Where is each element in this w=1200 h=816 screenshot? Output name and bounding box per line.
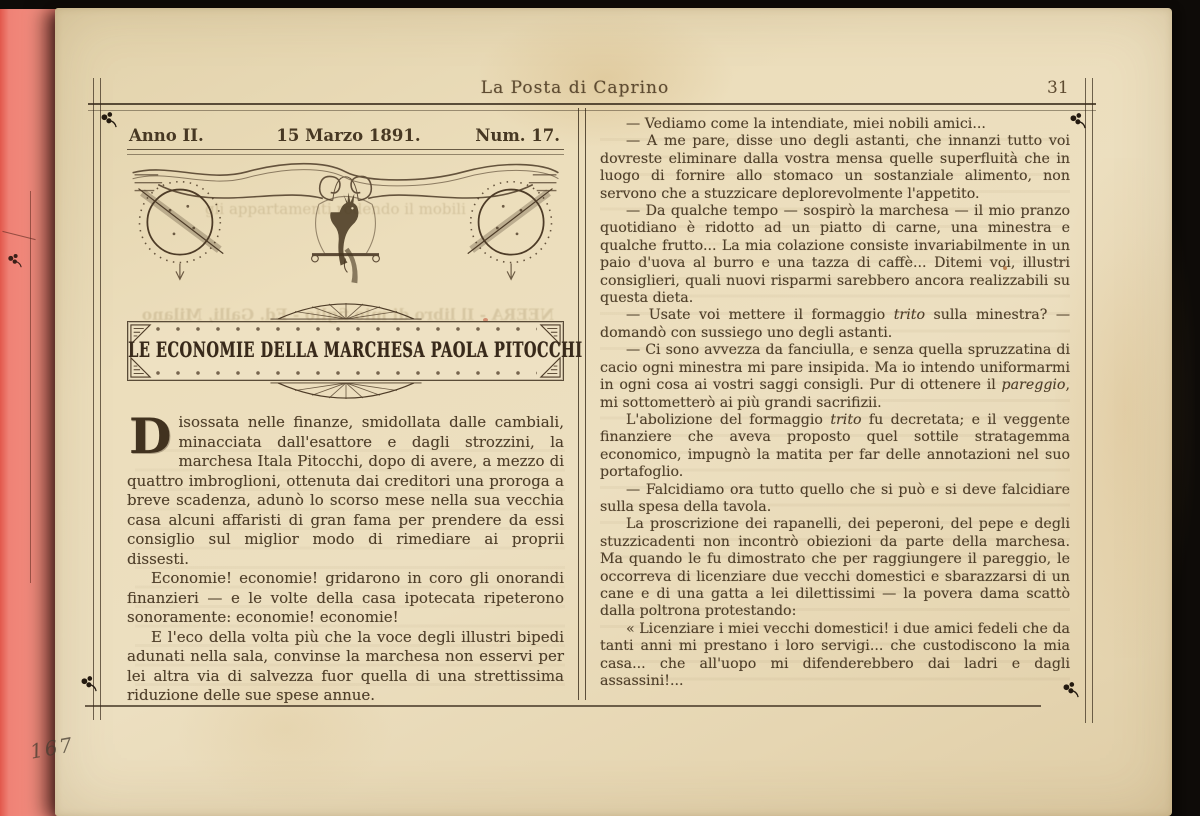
- paragraph: — Vediamo come la intendiate, miei nobil…: [600, 116, 1070, 133]
- article-title: LE ECONOMIE DELLA MARCHESA PAOLA PITOCCH…: [128, 338, 563, 363]
- running-head: La Posta di Caprino: [355, 78, 795, 98]
- left-column: Anno II. 15 Marzo 1891. Num. 17.: [127, 126, 564, 706]
- left-medallion: [135, 175, 224, 279]
- right-column: — Vediamo come la intendiate, miei nobil…: [600, 116, 1070, 690]
- masthead-ornament-engraving: [127, 159, 564, 297]
- paragraph: — Da qualche tempo — sospirò la marchesa…: [600, 203, 1070, 307]
- cover-frame-rule: [30, 191, 31, 583]
- fleuron-icon: [1068, 111, 1086, 129]
- dateline: Anno II. 15 Marzo 1891. Num. 17.: [127, 126, 564, 145]
- dateline-date: 15 Marzo 1891.: [276, 126, 420, 145]
- banner-scallop-border: [154, 370, 537, 376]
- left-column-body: Disossata nelle finanze, smidollata dall…: [127, 413, 564, 706]
- paragraph: — A me pare, disse uno degli astanti, ch…: [600, 133, 1070, 203]
- drop-cap-initial: D: [129, 416, 172, 456]
- article-title-banner: LE ECONOMIE DELLA MARCHESA PAOLA PITOCCH…: [127, 321, 564, 381]
- scanned-book-spread: La Posta di Caprino 31 gli appartamenti …: [0, 0, 1200, 816]
- right-medallion: [468, 175, 557, 279]
- paragraph: — Usate voi mettere il formaggio trito s…: [600, 307, 1070, 342]
- dateline-anno: Anno II.: [129, 126, 204, 145]
- paragraph: — Ci sono avvezza da fanciulla, e senza …: [600, 342, 1070, 412]
- dateline-rule: [127, 149, 564, 155]
- fleuron-icon: [99, 110, 117, 128]
- paragraph: E l'eco della volta più che la voce degl…: [127, 628, 564, 706]
- paragraph: L'abolizione del formaggio trito fu decr…: [600, 412, 1070, 482]
- column-divider-rule: [578, 108, 586, 700]
- fleuron-icon: [6, 252, 22, 268]
- right-frame-rule: [1085, 78, 1093, 723]
- paragraph: La proscrizione dei rapanelli, dei peper…: [600, 516, 1070, 620]
- paper-stain: [1055, 158, 1195, 658]
- fan-ornament-top: [266, 303, 426, 320]
- paragraph: Disossata nelle finanze, smidollata dall…: [127, 413, 564, 569]
- dateline-num: Num. 17.: [475, 126, 560, 145]
- paragraph: — Falcidiamo ora tutto quello che si può…: [600, 482, 1070, 517]
- newspaper-page: La Posta di Caprino 31 gli appartamenti …: [55, 8, 1172, 816]
- page-number: 31: [1047, 78, 1069, 98]
- top-frame-rule: [88, 103, 1096, 111]
- fan-ornament-bottom: [266, 382, 426, 399]
- paragraph: « Licenziare i miei vecchi domestici! i …: [600, 621, 1070, 691]
- paragraph: Economie! economie! gridarono in coro gl…: [127, 569, 564, 628]
- banner-scallop-border: [154, 326, 537, 332]
- left-frame-rule: [93, 78, 101, 720]
- fleuron-icon: [79, 674, 97, 692]
